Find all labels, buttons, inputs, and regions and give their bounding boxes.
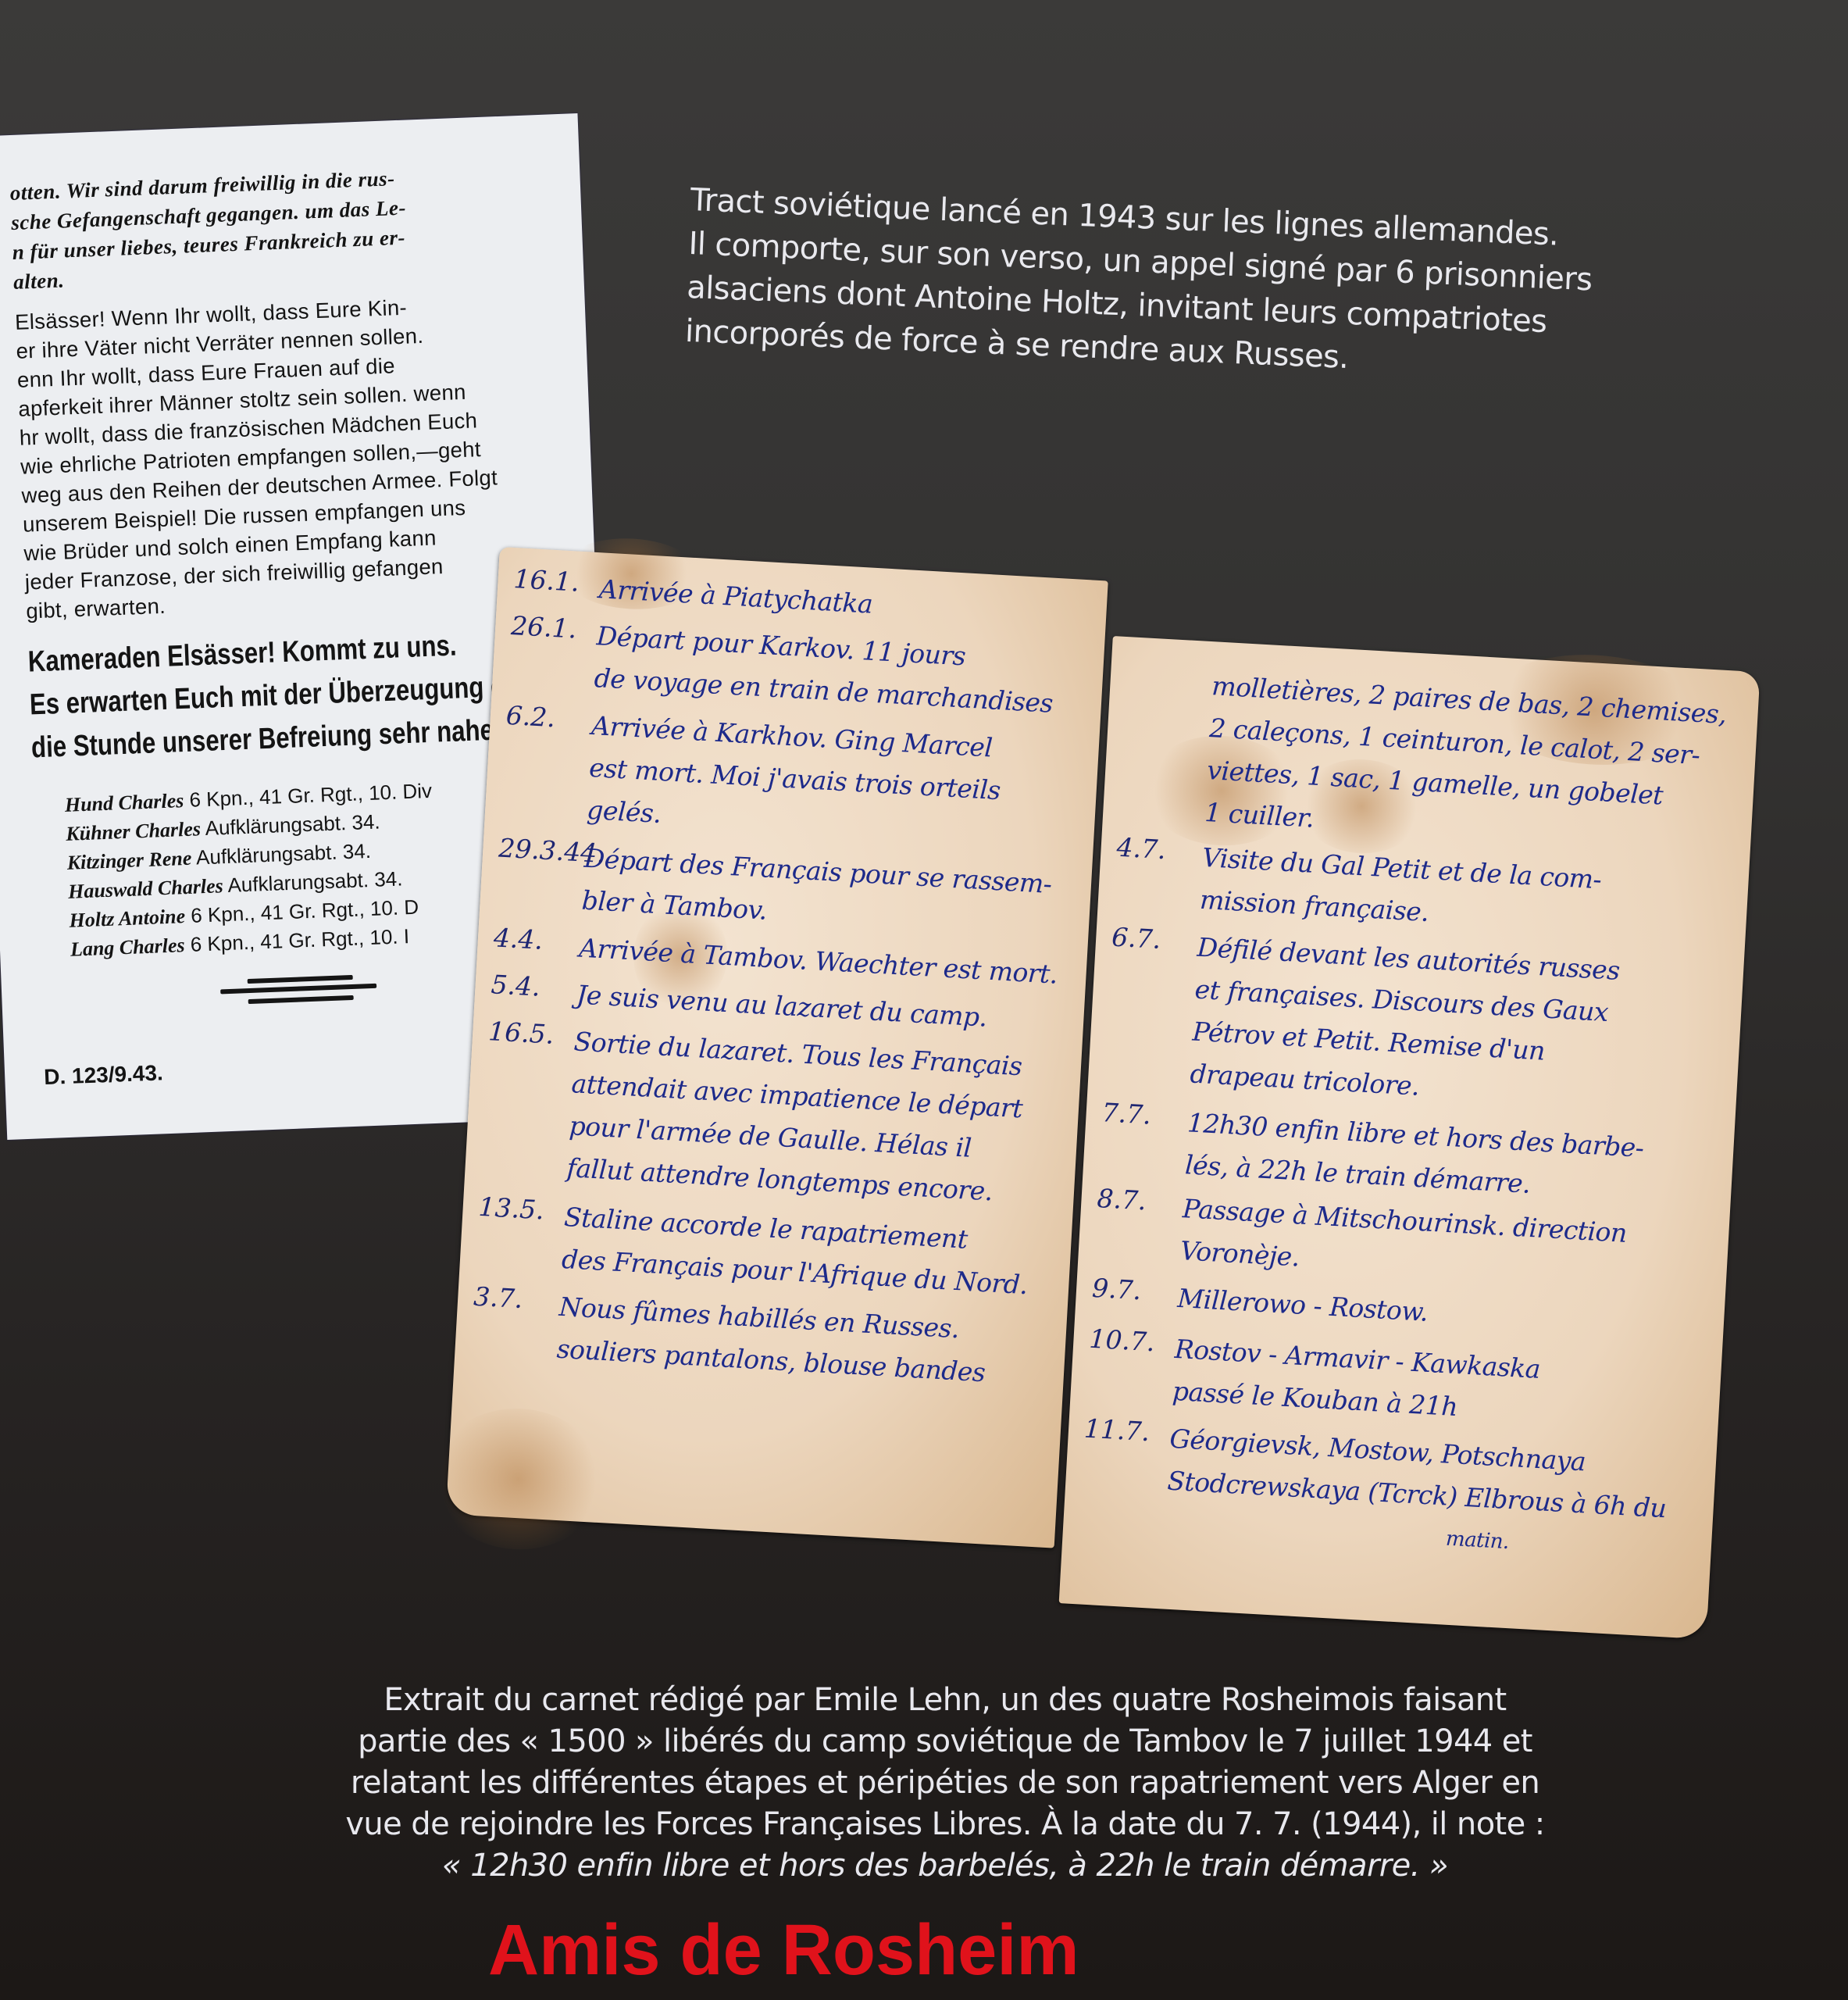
notebook-left-page: 16.1. Arrivée à Piatychatka 26.1. Départ… xyxy=(446,547,1108,1548)
journal-entry: molletières, 2 paires de bas, 2 chemises… xyxy=(1118,660,1743,863)
tract-appeal-paragraph: Elsässer! Wenn Ihr wollt, dass Eure Kin-… xyxy=(14,287,579,626)
entry-date: 16.5. xyxy=(487,1016,563,1050)
caption-quote: « 12h30 enfin libre et hors des barbelés… xyxy=(203,1845,1687,1887)
tract-slogan: Kameraden Elsässer! Kommt zu uns. Es erw… xyxy=(27,623,485,770)
journal-entry: 16.5. Sortie du lazaret. Tous les França… xyxy=(480,1016,1066,1216)
tract-italic-paragraph: otten. Wir sind darum freiwillig in die … xyxy=(9,157,566,297)
entry-date: 16.1. xyxy=(513,563,589,598)
entry-date: 6.2. xyxy=(505,700,581,734)
caption-line: vue de rejoindre les Forces Françaises L… xyxy=(203,1804,1687,1845)
caption-line: relatant les différentes étapes et périp… xyxy=(203,1762,1687,1804)
caption-line: Extrait du carnet rédigé par Emile Lehn,… xyxy=(203,1680,1687,1721)
entry-date: 5.4. xyxy=(491,969,566,1003)
entry-date: 26.1. xyxy=(510,610,586,645)
watermark-amis-de-rosheim: Amis de Rosheim xyxy=(488,1911,1079,1989)
journal-entry: 6.7. Défilé devant les autorités russes … xyxy=(1103,922,1728,1125)
journal-entry: 6.2. Arrivée à Karkhov. Ging Marcel est … xyxy=(500,700,1084,859)
entry-date xyxy=(1127,660,1201,664)
entry-date: 6.7. xyxy=(1111,922,1186,956)
entry-date: 4.7. xyxy=(1116,832,1192,866)
signatory-name: Holtz Antoine xyxy=(69,905,186,932)
signatory-unit: 6 Kpn., 41 Gr. Rgt., 10. I xyxy=(190,924,409,956)
journal-entry: 11.7. Géorgievsk, Mostow, Potschnaya Sto… xyxy=(1078,1413,1701,1574)
signatory-name: Hauswald Charles xyxy=(68,874,224,903)
signatory-unit: 6 Kpn., 41 Gr. Rgt., 10. Div xyxy=(189,779,433,812)
signatory-name: Lang Charles xyxy=(70,934,185,961)
tract-caption: Tract soviétique lancé en 1943 sur les l… xyxy=(684,178,1839,399)
entry-date: 8.7. xyxy=(1097,1183,1172,1217)
entry-date: 11.7. xyxy=(1083,1413,1159,1448)
signatory-unit: Aufklarungsabt. 34. xyxy=(227,866,403,897)
signatory-name: Kitzinger Rene xyxy=(66,847,192,874)
notebook-caption: Extrait du carnet rédigé par Emile Lehn,… xyxy=(203,1680,1687,1887)
notebook-right-page: molletières, 2 paires de bas, 2 chemises… xyxy=(1059,636,1761,1639)
signatory-unit: Aufklärungsabt. 34. xyxy=(205,809,380,840)
signatory-unit: Aufklärungsabt. 34. xyxy=(195,839,371,870)
entry-date: 3.7. xyxy=(473,1281,548,1316)
caption-line: partie des « 1500 » libérés du camp sovi… xyxy=(203,1721,1687,1762)
handwritten-notebook: 16.1. Arrivée à Piatychatka 26.1. Départ… xyxy=(442,547,1842,1659)
entry-date: 10.7. xyxy=(1089,1323,1165,1358)
signatory-name: Kühner Charles xyxy=(66,817,202,845)
entry-date: 7.7. xyxy=(1101,1097,1177,1131)
entry-date: 29.3.44. xyxy=(498,833,573,867)
entry-date: 13.5. xyxy=(478,1191,554,1226)
signatory-name: Hund Charles xyxy=(64,789,184,816)
entry-date: 9.7. xyxy=(1091,1273,1167,1307)
entry-date: 4.4. xyxy=(493,922,569,956)
